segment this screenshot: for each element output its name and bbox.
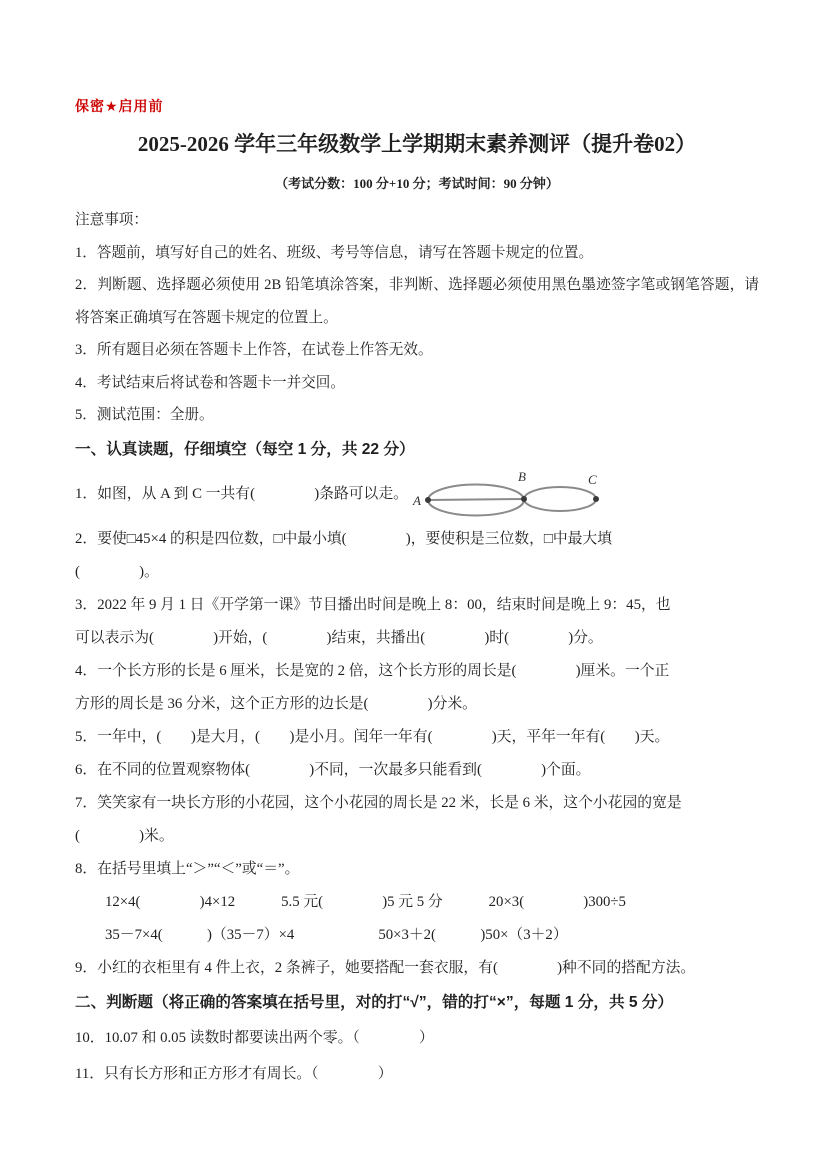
section-two-heading: 二、判断题（将正确的答案填在括号里，对的打“√”，错的打“×”，每题 1 分，共… [75,985,759,1020]
question-11: 11．只有长方形和正方形才有周长。（ ） [75,1056,759,1093]
question-1-text: 1．如图，从 A 到 C 一共有( )条路可以走。 [75,478,408,511]
question-10-text: 10．10.07 和 0.05 读数时都要读出两个零。（ ） [75,1020,759,1057]
point-a-label: A [412,493,421,508]
question-5-text: 5．一年中，( )是大月，( )是小月。闰年一年有( )天，平年一年有( )天。 [75,721,759,754]
question-11-text: 11．只有长方形和正方形才有周长。（ ） [75,1056,759,1093]
question-2-line-1: 2．要使□45×4 的积是四位数，□中最小填( )，要使积是三位数，□中最大填 [75,523,759,556]
question-8-prompt: 8．在括号里填上“＞”“＜”或“＝”。 [75,853,759,886]
exam-info: （考试分数：100 分+10 分；考试时间：90 分钟） [75,173,759,192]
notices-section: 注意事项： 1．答题前，填写好自己的姓名、班级、考号等信息，请写在答题卡规定的位… [75,204,759,432]
notice-item-5: 5．测试范围：全册。 [75,399,759,432]
page-title: 2025-2026 学年三年级数学上学期期末素养测评（提升卷02） [75,130,759,158]
question-6-text: 6．在不同的位置观察物体( )不同，一次最多只能看到( )个面。 [75,754,759,787]
comparison-item: 50×3＋2( )50×（3＋2） [378,919,567,952]
question-7-line-1: 7．笑笑家有一块长方形的小花园，这个小花园的周长是 22 米，长是 6 米，这个… [75,787,759,820]
path-line-ab [428,499,524,500]
notice-item-2: 2．判断题、选择题必须使用 2B 铅笔填涂答案，非判断、选择题必须使用黑色墨迹签… [75,269,759,334]
question-4-line-2: 方形的周长是 36 分米，这个正方形的边长是( )分米。 [75,688,759,721]
question-6: 6．在不同的位置观察物体( )不同，一次最多只能看到( )个面。 [75,754,759,787]
question-7-line-2: ( )米。 [75,820,759,853]
point-c-dot [593,496,599,502]
secrecy-label: 保密★启用前 [75,96,759,116]
question-2-line-2: ( )。 [75,556,759,589]
path-ellipse-bc [524,487,596,511]
question-3: 3．2022 年 9 月 1 日《开学第一课》节目播出时间是晚上 8：00，结束… [75,589,759,655]
question-4: 4．一个长方形的长是 6 厘米，长是宽的 2 倍，这个长方形的周长是( )厘米。… [75,655,759,721]
paths-diagram: A B C [412,469,604,521]
comparison-row-1: 12×4( )4×12 5.5 元( )5 元 5 分 20×3( )300÷5 [75,886,759,919]
notices-heading: 注意事项： [75,204,759,237]
question-9: 9．小红的衣柜里有 4 件上衣，2 条裤子，她要搭配一套衣服，有( )种不同的搭… [75,952,759,985]
question-10: 10．10.07 和 0.05 读数时都要读出两个零。（ ） [75,1020,759,1057]
point-a-dot [425,497,431,503]
question-8: 8．在括号里填上“＞”“＜”或“＝”。 12×4( )4×12 5.5 元( )… [75,853,759,952]
question-9-text: 9．小红的衣柜里有 4 件上衣，2 条裤子，她要搭配一套衣服，有( )种不同的搭… [75,952,759,985]
question-1: 1．如图，从 A 到 C 一共有( )条路可以走。 A B C [75,467,759,523]
exam-page: 保密★启用前 2025-2026 学年三年级数学上学期期末素养测评（提升卷02）… [0,0,827,1169]
point-c-label: C [588,472,597,487]
notice-item-4: 4．考试结束后将试卷和答题卡一并交回。 [75,367,759,400]
section-one-heading: 一、认真读题，仔细填空（每空 1 分，共 22 分） [75,432,759,467]
comparison-item: 35－7×4( )（35－7）×4 [105,919,294,952]
question-2: 2．要使□45×4 的积是四位数，□中最小填( )，要使积是三位数，□中最大填 … [75,523,759,589]
question-5: 5．一年中，( )是大月，( )是小月。闰年一年有( )天，平年一年有( )天。 [75,721,759,754]
notice-item-1: 1．答题前，填写好自己的姓名、班级、考号等信息，请写在答题卡规定的位置。 [75,237,759,270]
question-4-line-1: 4．一个长方形的长是 6 厘米，长是宽的 2 倍，这个长方形的周长是( )厘米。… [75,655,759,688]
question-7: 7．笑笑家有一块长方形的小花园，这个小花园的周长是 22 米，长是 6 米，这个… [75,787,759,853]
comparison-row-2: 35－7×4( )（35－7）×4 50×3＋2( )50×（3＋2） [75,919,759,952]
question-3-line-2: 可以表示为( )开始，( )结束，共播出( )时( )分。 [75,622,759,655]
point-b-dot [521,496,527,502]
point-b-label: B [518,469,526,484]
comparison-item: 5.5 元( )5 元 5 分 [281,886,443,919]
question-3-line-1: 3．2022 年 9 月 1 日《开学第一课》节目播出时间是晚上 8：00，结束… [75,589,759,622]
comparison-item: 20×3( )300÷5 [489,886,626,919]
page-content: 保密★启用前 2025-2026 学年三年级数学上学期期末素养测评（提升卷02）… [75,96,759,1093]
comparison-item: 12×4( )4×12 [105,886,235,919]
notice-item-3: 3．所有题目必须在答题卡上作答，在试卷上作答无效。 [75,334,759,367]
